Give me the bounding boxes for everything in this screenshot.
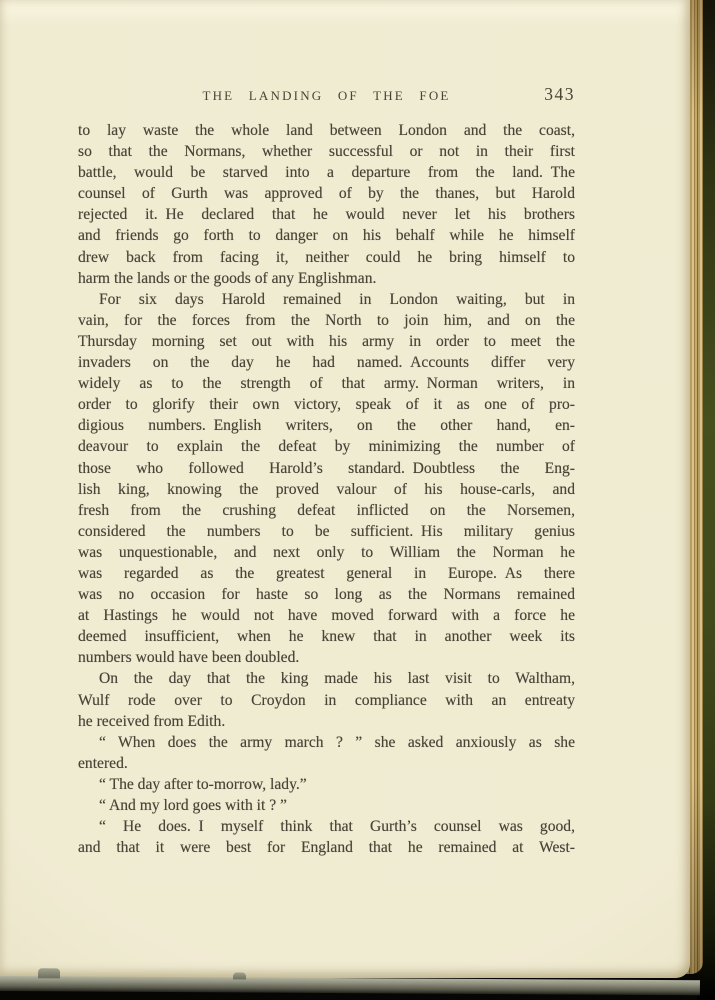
cradle-clip-mid: [233, 972, 246, 979]
page-header: THE LANDING OF THE FOE 343: [78, 88, 575, 110]
paragraph: On the day that the king made his last v…: [78, 668, 575, 731]
paragraph: “ He does. I myself think that Gurth’s c…: [78, 816, 575, 858]
page-number: 343: [544, 84, 575, 105]
text-line: “ The day after to-morrow, lady.”: [78, 774, 575, 795]
paragraph: “ And my lord goes with it ? ”: [78, 795, 575, 816]
text-line: counsel of Gurth was approved of by the …: [78, 183, 575, 204]
cradle-clip-left: [38, 968, 60, 978]
text-line: fresh from the crushing defeat inflicted…: [78, 500, 575, 521]
paragraph: to lay waste the whole land between Lond…: [78, 120, 575, 289]
text-line: “ And my lord goes with it ? ”: [78, 795, 575, 816]
text-line: digious numbers. English writers, on the…: [78, 415, 575, 436]
text-line: widely as to the strength of that army. …: [78, 373, 575, 394]
text-line: For six days Harold remained in London w…: [78, 289, 575, 310]
text-line: deemed insufficient, when he knew that i…: [78, 626, 575, 647]
paragraph: “ When does the army march ? ” she asked…: [78, 732, 575, 774]
text-line: harm the lands or the goods of any Engli…: [78, 268, 575, 289]
text-line: “ He does. I myself think that Gurth’s c…: [78, 816, 575, 837]
text-line: order to glorify their own victory, spea…: [78, 394, 575, 415]
scanner-cradle-edge: [0, 976, 700, 995]
scan-root: THE LANDING OF THE FOE 343 to lay waste …: [0, 0, 715, 1000]
text-line: considered the numbers to be sufficient.…: [78, 521, 575, 542]
text-line: and that it were best for England that h…: [78, 837, 575, 858]
paragraph: For six days Harold remained in London w…: [78, 289, 575, 669]
text-line: deavour to explain the defeat by minimiz…: [78, 436, 575, 457]
text-line: lish king, knowing the proved valour of …: [78, 479, 575, 500]
text-line: numbers would have been doubled.: [78, 647, 575, 668]
text-line: Wulf rode over to Croydon in compliance …: [78, 690, 575, 711]
text-line: entered.: [78, 753, 575, 774]
text-line: was regarded as the greatest general in …: [78, 563, 575, 584]
running-title: THE LANDING OF THE FOE: [78, 88, 575, 104]
text-line: On the day that the king made his last v…: [78, 668, 575, 689]
text-line: Thursday morning set out with his army i…: [78, 331, 575, 352]
page-body: to lay waste the whole land between Lond…: [78, 120, 575, 858]
text-line: those who followed Harold’s standard. Do…: [78, 458, 575, 479]
text-line: battle, would be starved into a departur…: [78, 162, 575, 183]
text-line: at Hastings he would not have moved forw…: [78, 605, 575, 626]
text-line: was unquestionable, and next only to Wil…: [78, 542, 575, 563]
text-line: he received from Edith.: [78, 711, 575, 732]
text-line: to lay waste the whole land between Lond…: [78, 120, 575, 141]
text-line: drew back from facing it, neither could …: [78, 247, 575, 268]
text-line: “ When does the army march ? ” she asked…: [78, 732, 575, 753]
paragraph: “ The day after to-morrow, lady.”: [78, 774, 575, 795]
book-page: THE LANDING OF THE FOE 343 to lay waste …: [0, 0, 690, 978]
text-line: was no occasion for haste so long as the…: [78, 584, 575, 605]
text-line: vain, for the forces from the North to j…: [78, 310, 575, 331]
text-line: rejected it. He declared that he would n…: [78, 204, 575, 225]
text-line: invaders on the day he had named. Accoun…: [78, 352, 575, 373]
text-line: and friends go forth to danger on his be…: [78, 225, 575, 246]
text-line: so that the Normans, whether successful …: [78, 141, 575, 162]
